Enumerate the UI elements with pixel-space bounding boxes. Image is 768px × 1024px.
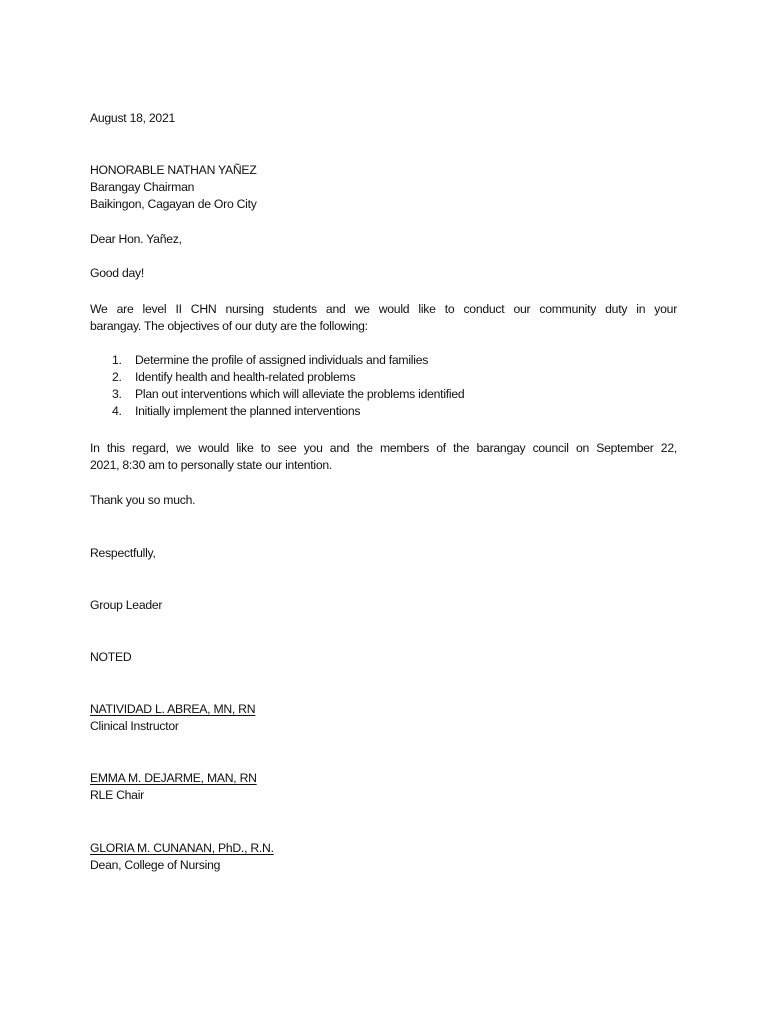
objective-item: 3. Plan out interventions which will all… <box>90 386 464 403</box>
signatory-position: Clinical Instructor <box>90 718 179 735</box>
objective-item: 1. Determine the profile of assigned ind… <box>90 352 464 369</box>
intro-line-2: barangay. The objectives of our duty are… <box>90 318 677 335</box>
recipient-title: Barangay Chairman <box>90 179 194 196</box>
request-paragraph: In this regard, we would like to see you… <box>90 440 677 474</box>
objective-text: Determine the profile of assigned indivi… <box>135 353 428 367</box>
signatory-position: RLE Chair <box>90 787 144 804</box>
request-line-2: 2021, 8:30 am to personally state our in… <box>90 457 677 474</box>
intro-line-1: We are level II CHN nursing students and… <box>90 301 677 318</box>
objective-text: Identify health and health-related probl… <box>135 370 355 384</box>
thanks-line: Thank you so much. <box>90 492 195 509</box>
objective-text: Plan out interventions which will allevi… <box>135 387 464 401</box>
recipient-name: HONORABLE NATHAN YAÑEZ <box>90 162 257 179</box>
noted-label: NOTED <box>90 649 131 666</box>
salutation: Dear Hon. Yañez, <box>90 231 182 248</box>
objective-number: 1. <box>112 352 122 369</box>
objective-item: 4. Initially implement the planned inter… <box>90 403 464 420</box>
sender-role: Group Leader <box>90 597 162 614</box>
signatory-position: Dean, College of Nursing <box>90 857 220 874</box>
letter-date: August 18, 2021 <box>90 110 175 127</box>
closing-line: Respectfully, <box>90 545 156 562</box>
request-line-1: In this regard, we would like to see you… <box>90 440 677 457</box>
recipient-address: Baikingon, Cagayan de Oro City <box>90 196 257 213</box>
objective-number: 3. <box>112 386 122 403</box>
signatory-name: NATIVIDAD L. ABREA, MN, RN <box>90 701 255 718</box>
objective-number: 2. <box>112 369 122 386</box>
objective-number: 4. <box>112 403 122 420</box>
objectives-list: 1. Determine the profile of assigned ind… <box>90 352 464 420</box>
signatory-name: GLORIA M. CUNANAN, PhD., R.N. <box>90 840 274 857</box>
objective-text: Initially implement the planned interven… <box>135 404 360 418</box>
objective-item: 2. Identify health and health-related pr… <box>90 369 464 386</box>
intro-paragraph: We are level II CHN nursing students and… <box>90 301 677 335</box>
greeting: Good day! <box>90 265 144 282</box>
signatory-name: EMMA M. DEJARME, MAN, RN <box>90 770 257 787</box>
